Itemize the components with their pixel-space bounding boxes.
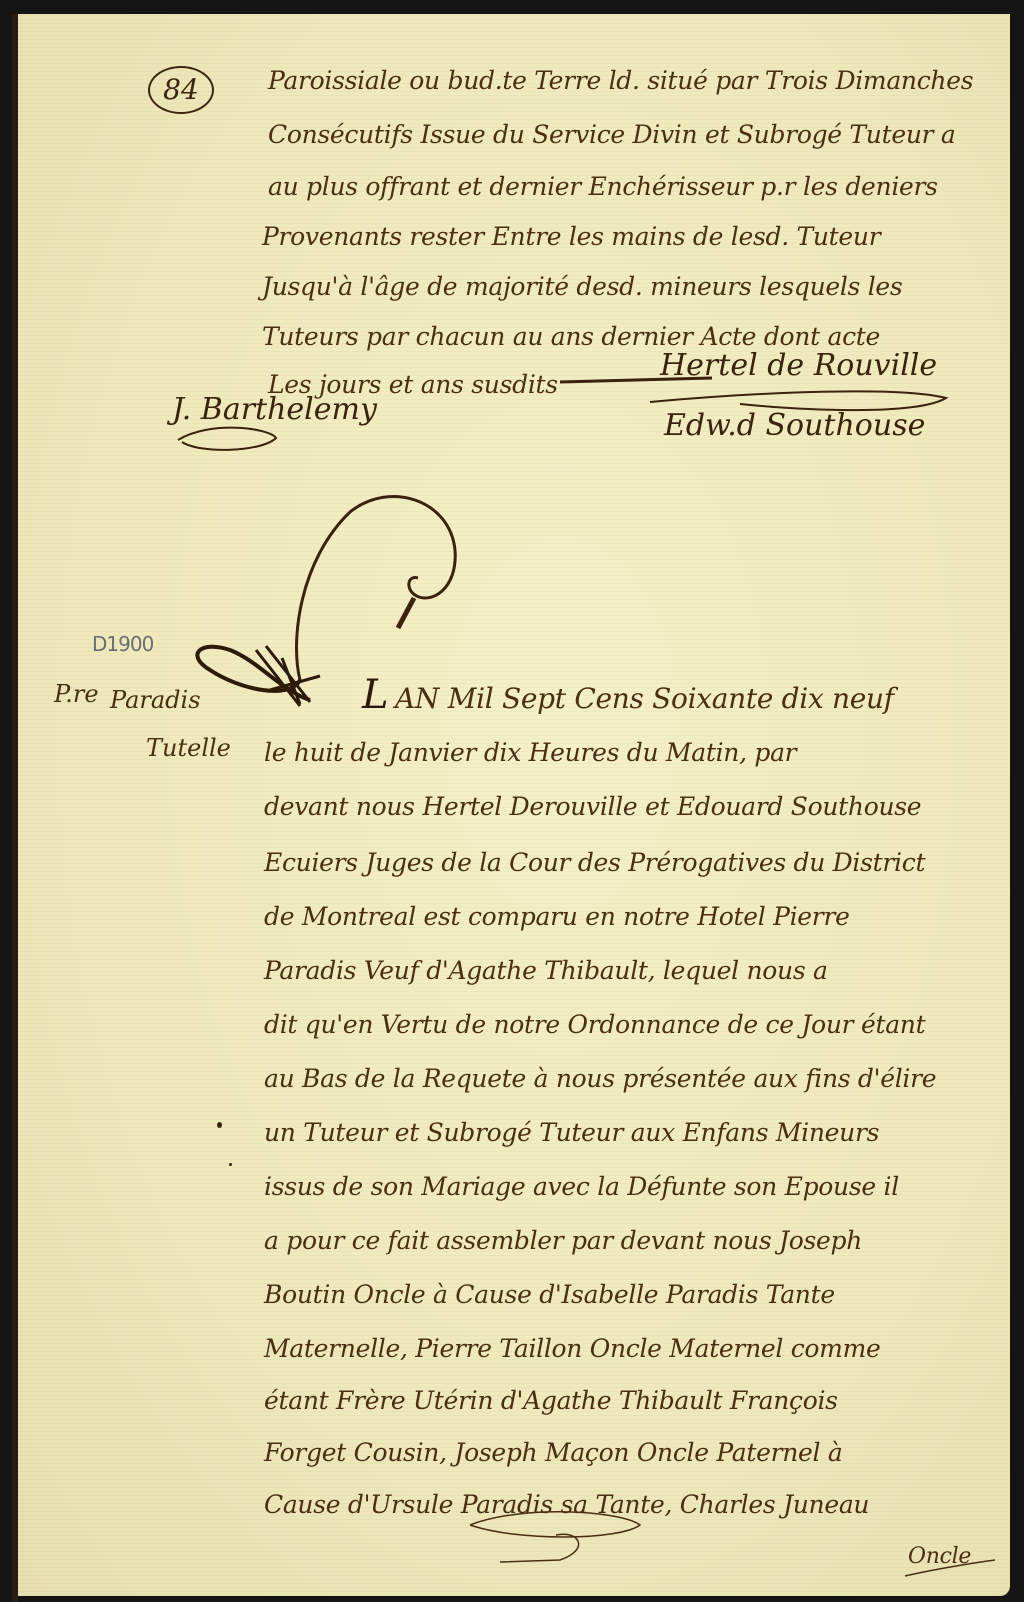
text-line: devant nous Hertel Derouville et Edouard…	[264, 792, 921, 821]
text-line: dit qu'en Vertu de notre Ordonnance de c…	[264, 1010, 925, 1039]
text-line: Cause d'Ursule Paradis sa Tante, Charles…	[264, 1490, 869, 1519]
text-line: Ecuiers Juges de la Cour des Prérogative…	[264, 848, 925, 877]
drop-cap: L	[362, 672, 389, 718]
catchword: Oncle	[908, 1544, 971, 1569]
text-line: Forget Cousin, Joseph Maçon Oncle Patern…	[264, 1438, 843, 1467]
text-line: AN Mil Sept Cens Soixante dix neuf	[395, 682, 894, 715]
text-line: a pour ce fait assembler par devant nous…	[264, 1226, 862, 1255]
text-line: issus de son Mariage avec la Défunte son…	[264, 1172, 899, 1201]
text-line: Boutin Oncle à Cause d'Isabelle Paradis …	[264, 1280, 835, 1309]
text-line: étant Frère Utérin d'Agathe Thibault Fra…	[264, 1386, 838, 1415]
text-line: Maternelle, Pierre Taillon Oncle Materne…	[264, 1334, 880, 1363]
text-line: un Tuteur et Subrogé Tuteur aux Enfans M…	[264, 1118, 879, 1147]
text-line: Paradis Veuf d'Agathe Thibault, lequel n…	[264, 956, 828, 985]
text-line: le huit de Janvier dix Heures du Matin, …	[264, 738, 796, 767]
text-line: au Bas de la Requete à nous présentée au…	[264, 1064, 936, 1093]
ink-dot	[229, 1163, 232, 1166]
text-line: de Montreal est comparu en notre Hotel P…	[264, 902, 850, 931]
ink-dot	[217, 1122, 222, 1128]
